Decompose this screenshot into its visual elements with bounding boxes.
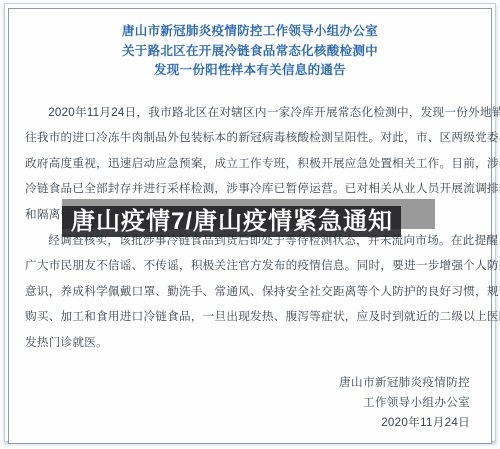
notice-title-line-2: 关于路北区在开展冷链食品常态化核酸检测中 — [20, 42, 480, 62]
paragraph-line: 2020年11月24日，我市路北区在对辖区内一家冷库开展常态化检测中，发现一份外… — [25, 100, 482, 125]
paragraph-line: 发热门诊就医。 — [25, 330, 482, 355]
notice-title-line-1: 唐山市新冠肺炎疫情防控工作领导小组办公室 — [20, 22, 480, 42]
headline-overlay-banner: 唐山疫情7/唐山疫情紧急通知 — [62, 206, 401, 237]
notice-image: 唐山市新冠肺炎疫情防控工作领导小组办公室 关于路北区在开展冷链食品常态化核酸检测… — [0, 0, 500, 449]
paragraph-line: 冷链食品已全部封存并进行采样检测，涉事冷库已暂停运营。已对相关从业人员开展流调排… — [25, 176, 482, 201]
signature-org-line-1: 唐山市新冠肺炎疫情防控 — [339, 373, 470, 393]
headline-overlay-text: 唐山疫情7/唐山疫情紧急通知 — [71, 208, 393, 235]
notice-paragraph-2: 经调查核实，该批涉事冷链食品到货后即处于等待检测状态，并未流向市场。在此提醒 广… — [25, 228, 482, 355]
signature-org-line-2: 工作领导小组办公室 — [339, 393, 470, 413]
notice-signature: 唐山市新冠肺炎疫情防控 工作领导小组办公室 2020年11月24日 — [339, 373, 470, 432]
signature-date: 2020年11月24日 — [339, 413, 470, 433]
paragraph-line: 购买、加工和食用进口冷链食品，一旦出现发热、腹泻等症状，应及时到就近的二级以上医… — [25, 304, 482, 329]
paragraph-line: 广大市民朋友不信谣、不传谣，积极关注官方发布的疫情信息。同时，要进一步增强个人防… — [25, 253, 482, 278]
paragraph-line: 意识，养成科学佩戴口罩、勤洗手、常通风、保持安全社交距离等个人防护的良好习惯，规… — [25, 279, 482, 304]
notice-title: 唐山市新冠肺炎疫情防控工作领导小组办公室 关于路北区在开展冷链食品常态化核酸检测… — [20, 22, 480, 81]
paragraph-line: 往我市的进口冷冻牛肉制品外包装标本的新冠病毒核酸检测呈阳性。对此，市、区两级党委… — [25, 125, 482, 150]
notice-title-line-3: 发现一份阳性样本有关信息的通告 — [20, 61, 480, 81]
paragraph-line: 政府高度重视，迅速启动应急预案，成立工作专班，积极开展应急处置相关工作。目前，涉… — [25, 151, 482, 176]
